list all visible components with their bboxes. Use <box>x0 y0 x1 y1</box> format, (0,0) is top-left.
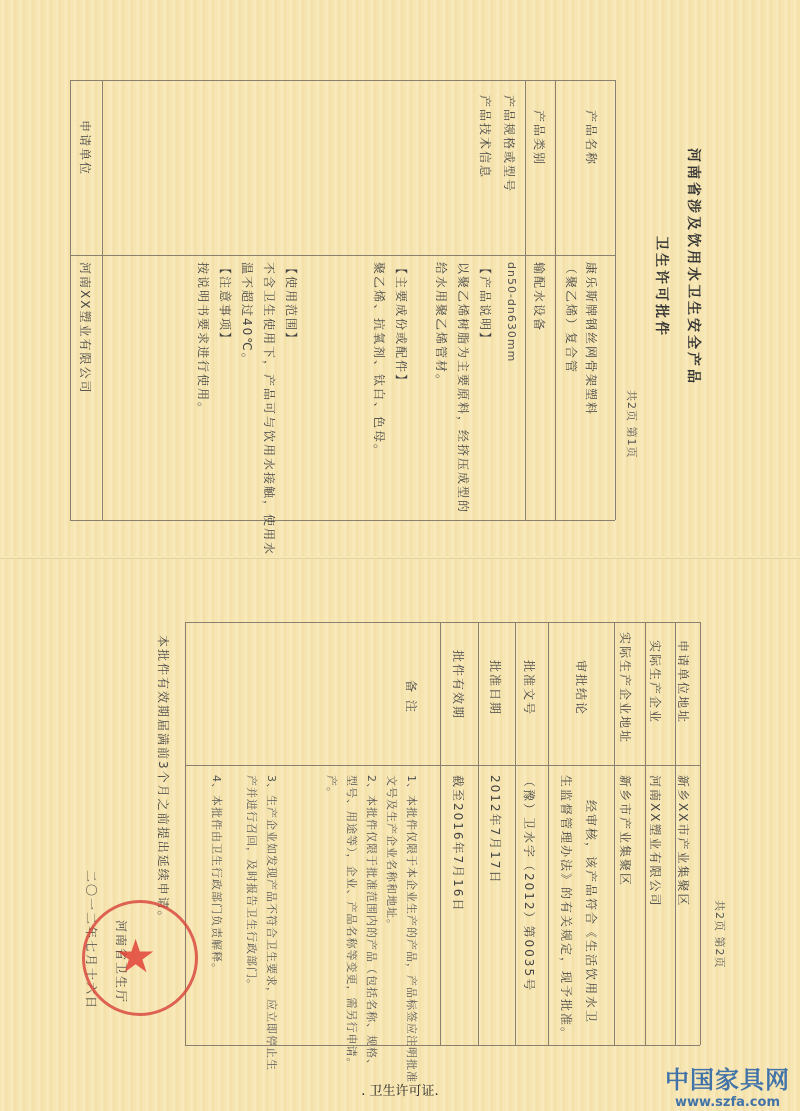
tech-info-line: 不含卫生使用下，产品可与饮用水接触，使用水 <box>261 262 278 556</box>
tech-info-line: 以聚乙烯树脂为主要原料，经挤压成型的 <box>455 262 472 514</box>
renewal-note: 本批件有效期届满前3个月之前提出延续申请。 <box>155 635 172 925</box>
seal-star-icon: ★ <box>115 933 156 979</box>
row-divider <box>645 622 646 1045</box>
table-border-top <box>185 622 700 623</box>
value-product-category: 输配水设备 <box>531 262 548 332</box>
table-border-bottom <box>185 1045 700 1046</box>
page-indicator: 共2页 第1页 <box>624 390 640 459</box>
label-applicant-address: 申请单位地址 <box>675 640 692 724</box>
label-approval-date: 批准日期 <box>487 660 504 716</box>
remark-line: 产。 <box>324 775 340 799</box>
tech-info-line: 【注意事项】 <box>217 262 234 346</box>
watermark-url: www.szfa.com <box>665 1095 790 1110</box>
table-border-right <box>700 622 701 1045</box>
watermark: 中国家具网 www.szfa.com <box>665 1060 790 1110</box>
remark-line: 2、本批件仅限于批准范围内的产品（包括名称、规格、 <box>364 775 380 1071</box>
value-approval-conclusion-2: 生监督管理办法》的有关规定，现予批准。 <box>558 775 575 1041</box>
remark-line: 型号、用途等），企业、产品名称等变更，需另行申请。 <box>344 775 360 1070</box>
value-manufacturer: 河南XX塑业有限公司 <box>647 775 664 907</box>
value-product-name-1: 康乐斯牌钢丝网骨架塑料 <box>583 262 600 416</box>
label-product-spec: 产品规格或型号 <box>501 95 518 193</box>
row-divider <box>478 622 479 1045</box>
value-applicant-address: 新乡XX市产业集聚区 <box>675 775 692 907</box>
label-product-tech-info: 产品技术信息 <box>477 95 494 179</box>
value-product-spec: dn50-dn630mm <box>505 262 518 362</box>
remark-line: 产并进行召回，及时报告卫生行政部门。 <box>244 775 260 991</box>
document-subtitle: 卫生许可批件 <box>652 236 672 338</box>
value-applicant: 河南XX塑业有限公司 <box>77 262 94 394</box>
label-approval-conclusion: 审批结论 <box>573 660 590 716</box>
value-validity: 截至2016年7月16日 <box>450 775 467 912</box>
tech-info-line: 【使用范围】 <box>283 262 300 346</box>
label-manufacturer-address: 实际生产企业地址 <box>617 632 634 744</box>
official-seal: ★ <box>82 900 198 1016</box>
watermark-cn: 中国家具网 <box>665 1060 790 1095</box>
tech-info-line: 温不超过40℃。 <box>239 262 256 367</box>
value-approval-number: （豫）卫水字（2012）第0035号 <box>521 775 538 992</box>
value-manufacturer-address: 新乡市产业集聚区 <box>617 775 634 887</box>
row-divider <box>440 622 441 1045</box>
label-applicant: 申请单位 <box>77 120 94 176</box>
column-divider <box>185 765 700 766</box>
row-divider <box>102 80 103 520</box>
remark-line: 文号及生产企业名称和地址。 <box>384 775 400 931</box>
label-validity: 批件有效期 <box>450 650 467 720</box>
column-divider <box>70 255 615 256</box>
permit-page-1: 河南省涉及饮用水卫生安全产品 卫生许可批件 共2页 第1页 产品名称 产品类别 … <box>0 0 800 556</box>
value-approval-conclusion-1: 经审核，该产品符合《生活饮用水卫 <box>583 800 600 1024</box>
label-product-name: 产品名称 <box>583 110 600 166</box>
row-divider <box>614 622 615 1045</box>
remark-line: 4、本批件由卫生行政部门负责解释。 <box>209 775 225 975</box>
value-product-name-2: （聚乙烯）复合管 <box>563 262 580 374</box>
document-title: 河南省涉及饮用水卫生安全产品 <box>684 148 704 386</box>
label-remarks: 备 注 <box>403 680 420 714</box>
table-border-top <box>70 80 615 81</box>
page-indicator: 共2页 第2页 <box>712 900 728 969</box>
tech-info-line: 按说明书要求进行使用。 <box>195 262 212 416</box>
row-divider <box>555 80 556 520</box>
table-border-bottom <box>70 520 615 521</box>
row-divider <box>525 80 526 520</box>
remark-line: 1、本批件仅限于本企业生产的产品，产品标签应注明批准 <box>404 775 420 1083</box>
tech-info-line: 聚乙烯、抗氧剂、钛白、色母。 <box>371 262 388 458</box>
value-approval-date: 2012年7月17日 <box>487 775 504 884</box>
remark-line: 3、生产企业如发现产品不符合卫生要求，应立即停止生 <box>264 775 280 1071</box>
table-border-left <box>70 80 71 520</box>
label-manufacturer: 实际生产企业 <box>647 640 664 724</box>
row-divider <box>548 622 549 1045</box>
tech-info-line: 【主要成份或配件】 <box>393 262 410 388</box>
tech-info-line: 【产品说明】 <box>477 262 494 346</box>
table-border-right <box>615 80 616 520</box>
label-product-category: 产品类别 <box>531 110 548 166</box>
tech-info-line: 给水用聚乙烯管材。 <box>433 262 450 388</box>
row-divider <box>515 622 516 1045</box>
label-approval-number: 批准文号 <box>521 660 538 716</box>
